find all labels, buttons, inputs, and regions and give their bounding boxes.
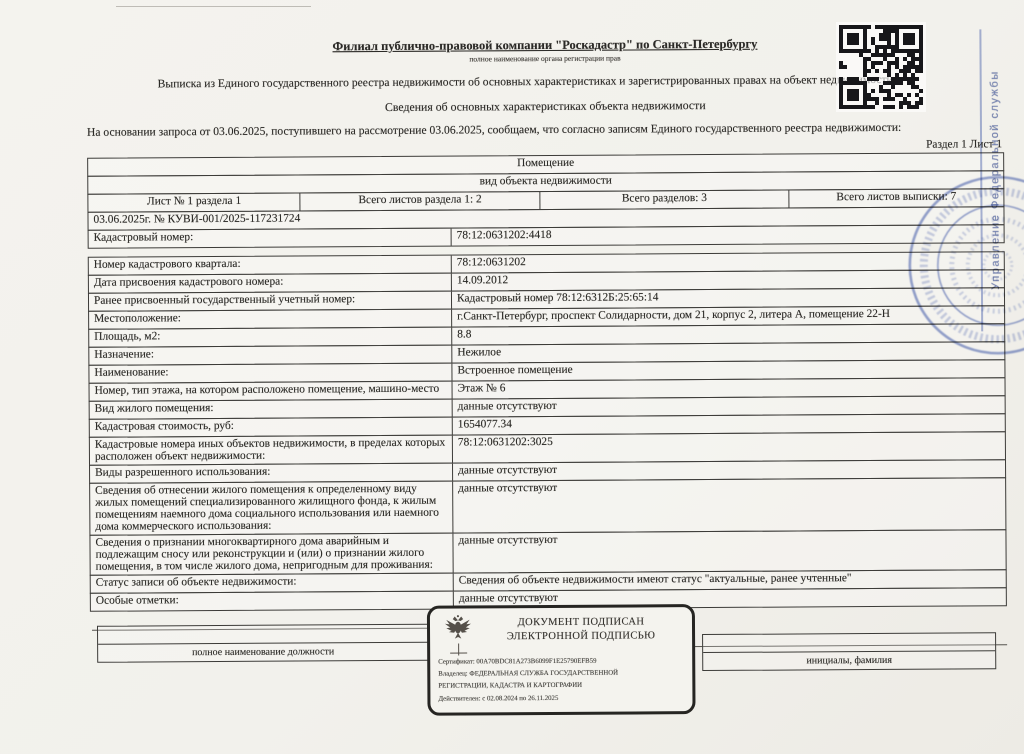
object-table-body: Номер кадастрового квартала:78:12:063120…	[88, 251, 1007, 612]
table-row-label: Статус записи об объекте недвижимости:	[91, 574, 454, 593]
signature-cross-mark	[458, 644, 459, 656]
stamp-certificate: Сертификат: 00A70BDC81A273B6099F1E25790E…	[438, 656, 684, 668]
table-row-value: Сведения об объекте недвижимости имеют с…	[454, 570, 1006, 590]
stamp-owner-line1: Владелец: ФЕДЕРАЛЬНАЯ СЛУЖБА ГОСУДАРСТВЕ…	[438, 668, 684, 680]
table-row-label: Номер кадастрового квартала:	[89, 256, 452, 275]
name-caption: инициалы, фамилия	[703, 651, 995, 670]
table-row: Сведения о признании многоквартирного до…	[89, 529, 1006, 576]
table-row-value: данные отсутствуют	[453, 460, 1005, 480]
table-row-value: 78:12:0631202:3025	[453, 432, 1005, 462]
stamp-validity: Действителен: с 02.08.2024 по 26.11.2025	[438, 693, 684, 705]
electronic-signature-stamp: ДОКУМЕНТ ПОДПИСАН ЭЛЕКТРОННОЙ ПОДПИСЬЮ С…	[427, 604, 696, 716]
document-page: Филиал публично-правовой компании "Роска…	[86, 5, 1007, 736]
stamp-title-line1: ДОКУМЕНТ ПОДПИСАН	[478, 616, 684, 628]
table-row-label: Кадастровые номера иных объектов недвижи…	[90, 436, 453, 465]
vertical-stamp-text: Управление Федеральной службы	[989, 70, 1002, 290]
table-row-label: Назначение:	[89, 346, 452, 365]
table-row-label: Площадь, м2:	[89, 328, 452, 347]
table-row-label: Наименование:	[89, 364, 452, 383]
scanned-document: Филиал публично-правовой компании "Роска…	[0, 0, 1024, 754]
sheet-info: Лист № 1 раздела 1	[88, 193, 300, 211]
table-row-label: Виды разрешенного использования:	[90, 464, 453, 483]
table-row-label: Особые отметки:	[91, 592, 454, 611]
position-box: полное наименование должности	[97, 624, 429, 663]
table-row-value: данные отсутствуют	[453, 530, 1005, 572]
name-box: инициалы, фамилия	[702, 632, 996, 671]
table-row-value: данные отсутствуют	[453, 396, 1005, 416]
table-row-value: 1654077.34	[453, 414, 1005, 434]
table-row-label: Ранее присвоенный государственный учетны…	[89, 292, 452, 311]
object-table: Помещение вид объекта недвижимости Лист …	[87, 152, 1007, 612]
table-row-label: Сведения об отнесении жилого помещения к…	[90, 482, 453, 535]
table-row-label: Номер, тип этажа, на котором расположено…	[90, 382, 453, 401]
position-caption: полное наименование должности	[98, 643, 428, 662]
table-row-label: Кадастровая стоимость, руб:	[90, 418, 453, 437]
table-row-label: Вид жилого помещения:	[90, 400, 453, 419]
position-signature-area	[98, 625, 428, 645]
table-row: Сведения об отнесении жилого помещения к…	[89, 477, 1006, 536]
table-row-label: Дата присвоения кадастрового номера:	[89, 274, 452, 293]
sheets-total-section: Всего листов раздела 1: 2	[301, 192, 541, 210]
cadastral-number-label: Кадастровый номер:	[89, 229, 452, 248]
table-row-label: Сведения о признании многоквартирного до…	[90, 534, 453, 575]
scan-artifact-line	[116, 6, 311, 7]
sections-total: Всего разделов: 3	[540, 191, 789, 210]
basis-line: На основании запроса от 03.06.2025, пост…	[87, 120, 1004, 139]
table-row-value: данные отсутствуют	[453, 478, 1005, 532]
coat-of-arms-eagle-icon	[438, 614, 478, 655]
stamp-owner-line2: РЕГИСТРАЦИИ, КАДАСТРА И КАРТОГРАФИИ	[438, 681, 684, 693]
vertical-ink-stamp: Управление Федеральной службы	[979, 29, 1009, 331]
document-footer: полное наименование должности инициалы, …	[90, 610, 1008, 736]
name-signature-area	[703, 633, 995, 653]
qr-code-icon	[836, 22, 926, 112]
stamp-title-line2: ЭЛЕКТРОННОЙ ПОДПИСЬЮ	[478, 630, 684, 642]
table-row-label: Местоположение:	[89, 310, 452, 329]
